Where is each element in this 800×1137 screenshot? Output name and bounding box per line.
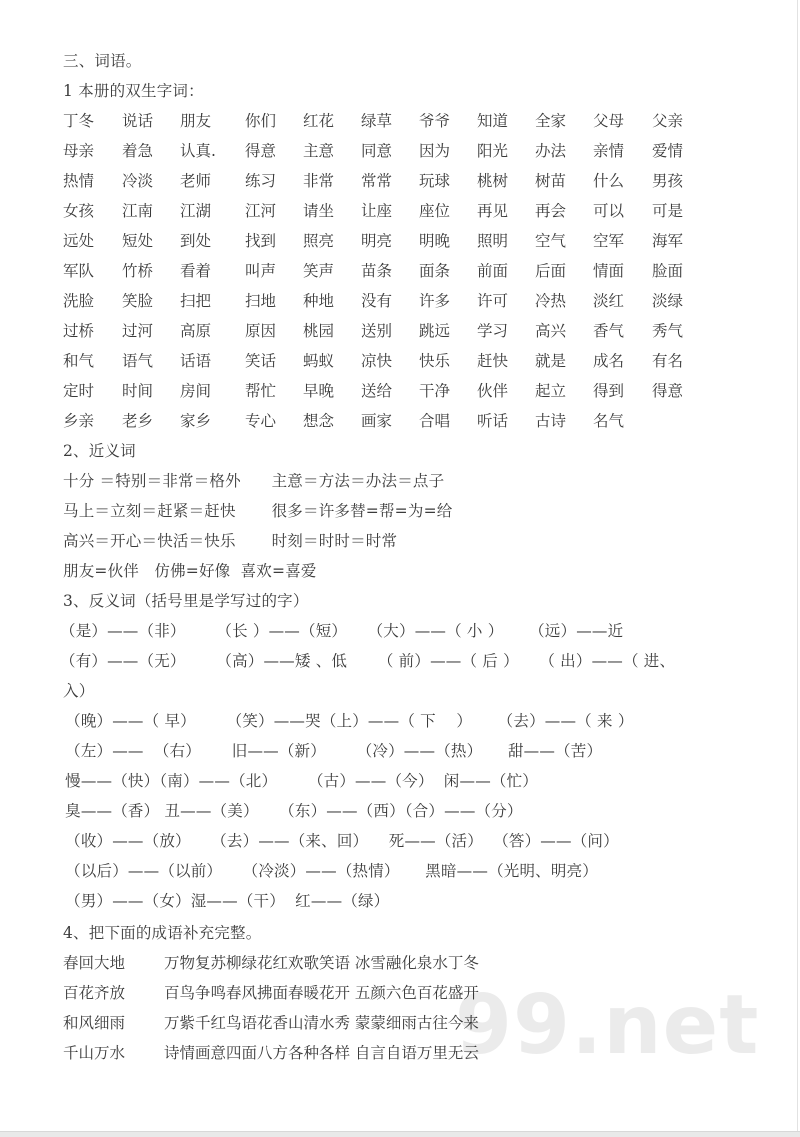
word-cell: 爱情: [652, 141, 683, 161]
word-cell: 说话: [122, 111, 153, 131]
word-row: 丁冬说话朋友你们红花绿草爷爷知道全家父母父亲: [0, 111, 800, 131]
word-cell: 朋友: [180, 111, 211, 131]
word-cell: 照亮: [303, 231, 334, 251]
word-cell: 亲情: [593, 141, 624, 161]
word-cell: 高兴: [535, 321, 566, 341]
word-cell: 秀气: [652, 321, 683, 341]
section-title: 三、词语。: [63, 51, 142, 71]
word-cell: 赶快: [477, 351, 508, 371]
word-cell: 种地: [303, 291, 334, 311]
word-cell: 听话: [477, 411, 508, 431]
word-cell: 再见: [477, 201, 508, 221]
word-cell: 老乡: [122, 411, 153, 431]
word-cell: 想念: [303, 411, 334, 431]
word-cell: 女孩: [63, 201, 94, 221]
word-cell: 名气: [593, 411, 624, 431]
word-cell: 桃树: [477, 171, 508, 191]
word-cell: 凉快: [361, 351, 392, 371]
word-cell: 江湖: [180, 201, 211, 221]
synonym-line: 马上＝立刻＝赶紧＝赶快 很多＝许多替=帮=为=给: [63, 501, 452, 521]
word-cell: 玩球: [419, 171, 450, 191]
word-cell: 认真.: [180, 141, 216, 161]
word-cell: 淡红: [593, 291, 624, 311]
word-cell: 得到: [593, 381, 624, 401]
word-cell: 非常: [303, 171, 334, 191]
word-cell: 着急: [122, 141, 153, 161]
antonym-line: （男）——（女）湿——（干） 红——（绿）: [60, 891, 389, 911]
word-cell: 就是: [535, 351, 566, 371]
word-cell: 定时: [63, 381, 94, 401]
idiom-head: 春回大地: [63, 953, 125, 973]
word-cell: 空军: [593, 231, 624, 251]
word-row: 洗脸笑脸扫把扫地种地没有许多许可冷热淡红淡绿: [0, 291, 800, 311]
word-cell: 爷爷: [419, 111, 450, 131]
word-cell: 和气: [63, 351, 94, 371]
word-cell: 学习: [477, 321, 508, 341]
word-cell: 脸面: [652, 261, 683, 281]
word-cell: 因为: [419, 141, 450, 161]
part2-heading: 2、近义词: [63, 441, 136, 461]
word-cell: 原因: [245, 321, 276, 341]
word-cell: 父亲: [652, 111, 683, 131]
word-cell: 面条: [419, 261, 450, 281]
word-cell: 桃园: [303, 321, 334, 341]
word-cell: 笑话: [245, 351, 276, 371]
word-cell: 蚂蚁: [303, 351, 334, 371]
antonym-line: 臭——（香） 丑——（美） （东）——（西）（合）——（分）: [60, 801, 523, 821]
word-row: 和气语气话语笑话蚂蚁凉快快乐赶快就是成名有名: [0, 351, 800, 371]
word-cell: 短处: [122, 231, 153, 251]
idiom-row: 春回大地 万物复苏柳绿花红欢歌笑语 冰雪融化泉水丁冬: [0, 953, 800, 973]
word-cell: 后面: [535, 261, 566, 281]
word-cell: 照明: [477, 231, 508, 251]
word-cell: 有名: [652, 351, 683, 371]
word-cell: 帮忙: [245, 381, 276, 401]
word-row: 女孩江南江湖江河请坐让座座位再见再会可以可是: [0, 201, 800, 221]
word-cell: 淡绿: [652, 291, 683, 311]
word-cell: 树苗: [535, 171, 566, 191]
word-cell: 同意: [361, 141, 392, 161]
page-bottom-edge: [0, 1131, 800, 1137]
word-row: 军队竹桥看着叫声笑声苗条面条前面后面情面脸面: [0, 261, 800, 281]
part3-heading: 3、反义词（括号里是学写过的字）: [63, 591, 309, 611]
word-cell: 全家: [535, 111, 566, 131]
word-row: 母亲着急认真.得意主意同意因为阳光办法亲情爱情: [0, 141, 800, 161]
word-cell: 扫把: [180, 291, 211, 311]
antonym-line: （是）——（非） （长 ）——（短） （大）——（ 小 ） （远）——近: [60, 621, 623, 641]
word-cell: 办法: [535, 141, 566, 161]
part4-heading: 4、把下面的成语补充完整。: [63, 923, 261, 943]
word-cell: 画家: [361, 411, 392, 431]
word-cell: 可以: [593, 201, 624, 221]
word-row: 远处短处到处找到照亮明亮明晚照明空气空军海军: [0, 231, 800, 251]
word-cell: 房间: [180, 381, 211, 401]
word-cell: 海军: [652, 231, 683, 251]
word-cell: 乡亲: [63, 411, 94, 431]
antonym-line: （以后）——（以前） （冷淡）——（热情） 黑暗——（光明、明亮）: [60, 861, 598, 881]
part1-heading: 1 本册的双生字词：: [63, 81, 204, 101]
word-cell: 座位: [419, 201, 450, 221]
word-cell: 找到: [245, 231, 276, 251]
word-cell: 冷热: [535, 291, 566, 311]
word-cell: 可是: [652, 201, 683, 221]
idiom-body: 百鸟争鸣春风拂面春暖花开 五颜六色百花盛开: [164, 983, 479, 1003]
word-cell: 前面: [477, 261, 508, 281]
idiom-row: 千山万水 诗情画意四面八方各种各样 自言自语万里无云: [0, 1043, 800, 1063]
word-cell: 让座: [361, 201, 392, 221]
idiom-head: 千山万水: [63, 1043, 125, 1063]
antonym-line: （有）——（无） （高）——矮 、低 （ 前）——（ 后 ） （ 出）——（ 进…: [60, 651, 675, 671]
synonym-line: 十分 ＝特别＝非常＝格外 主意＝方法＝办法＝点子: [63, 471, 444, 491]
word-cell: 笑声: [303, 261, 334, 281]
word-row: 定时时间房间帮忙早晚送给干净伙伴起立得到得意: [0, 381, 800, 401]
word-cell: 合唱: [419, 411, 450, 431]
word-cell: 干净: [419, 381, 450, 401]
word-row: 乡亲老乡家乡专心想念画家合唱听话古诗名气: [0, 411, 800, 431]
word-cell: 练习: [245, 171, 276, 191]
word-cell: 起立: [535, 381, 566, 401]
idiom-body: 万物复苏柳绿花红欢歌笑语 冰雪融化泉水丁冬: [164, 953, 479, 973]
word-cell: 明亮: [361, 231, 392, 251]
antonym-line: （收）——（放） （去）——（来、回） 死——（活） （答）——（问）: [60, 831, 619, 851]
word-cell: 高原: [180, 321, 211, 341]
word-cell: 丁冬: [63, 111, 94, 131]
word-cell: 许多: [419, 291, 450, 311]
idiom-body: 万紫千红鸟语花香山清水秀 蒙蒙细雨古往今来: [164, 1013, 479, 1033]
word-cell: 空气: [535, 231, 566, 251]
word-cell: 扫地: [245, 291, 276, 311]
word-cell: 再会: [535, 201, 566, 221]
word-cell: 老师: [180, 171, 211, 191]
word-row: 热情冷淡老师练习非常常常玩球桃树树苗什么男孩: [0, 171, 800, 191]
word-cell: 话语: [180, 351, 211, 371]
word-cell: 江河: [245, 201, 276, 221]
word-cell: 没有: [361, 291, 392, 311]
word-cell: 看着: [180, 261, 211, 281]
word-cell: 主意: [303, 141, 334, 161]
word-cell: 明晚: [419, 231, 450, 251]
word-cell: 请坐: [303, 201, 334, 221]
word-cell: 古诗: [535, 411, 566, 431]
idiom-head: 百花齐放: [63, 983, 125, 1003]
word-cell: 语气: [122, 351, 153, 371]
word-cell: 父母: [593, 111, 624, 131]
word-cell: 什么: [593, 171, 624, 191]
word-cell: 笑脸: [122, 291, 153, 311]
idiom-row: 百花齐放 百鸟争鸣春风拂面春暖花开 五颜六色百花盛开: [0, 983, 800, 1003]
word-cell: 家乡: [180, 411, 211, 431]
synonym-line: 朋友=伙伴 仿佛=好像 喜欢=喜爱: [63, 561, 317, 581]
document-page: 三、词语。 1 本册的双生字词： 丁冬说话朋友你们红花绿草爷爷知道全家父母父亲母…: [0, 0, 798, 1131]
antonym-line: （左）—— （右） 旧——（新） （冷）——（热） 甜——（苦）: [60, 741, 602, 761]
word-cell: 成名: [593, 351, 624, 371]
word-cell: 得意: [245, 141, 276, 161]
word-cell: 过桥: [63, 321, 94, 341]
idiom-row: 和风细雨 万紫千红鸟语花香山清水秀 蒙蒙细雨古往今来: [0, 1013, 800, 1033]
word-cell: 竹桥: [122, 261, 153, 281]
word-cell: 过河: [122, 321, 153, 341]
word-cell: 得意: [652, 381, 683, 401]
word-cell: 江南: [122, 201, 153, 221]
word-cell: 苗条: [361, 261, 392, 281]
word-cell: 跳远: [419, 321, 450, 341]
idiom-body: 诗情画意四面八方各种各样 自言自语万里无云: [164, 1043, 479, 1063]
word-cell: 男孩: [652, 171, 683, 191]
antonym-line: （晚）——（ 早） （笑）——哭（上）——（ 下 ） （去）——（ 来 ）: [60, 711, 634, 731]
word-cell: 热情: [63, 171, 94, 191]
word-cell: 许可: [477, 291, 508, 311]
word-cell: 阳光: [477, 141, 508, 161]
synonym-line: 高兴＝开心＝快活＝快乐 时刻＝时时＝时常: [63, 531, 397, 551]
word-cell: 母亲: [63, 141, 94, 161]
word-cell: 知道: [477, 111, 508, 131]
word-cell: 冷淡: [122, 171, 153, 191]
word-cell: 快乐: [419, 351, 450, 371]
word-cell: 红花: [303, 111, 334, 131]
word-cell: 到处: [180, 231, 211, 251]
word-cell: 早晚: [303, 381, 334, 401]
word-cell: 绿草: [361, 111, 392, 131]
word-cell: 情面: [593, 261, 624, 281]
word-cell: 时间: [122, 381, 153, 401]
word-cell: 洗脸: [63, 291, 94, 311]
word-cell: 军队: [63, 261, 94, 281]
word-cell: 香气: [593, 321, 624, 341]
antonym-line: 慢——（快）（南）——（北） （古）——（今） 闲——（忙）: [60, 771, 538, 791]
antonym-line: 入）: [63, 681, 94, 701]
word-cell: 远处: [63, 231, 94, 251]
word-cell: 送别: [361, 321, 392, 341]
word-cell: 专心: [245, 411, 276, 431]
word-cell: 伙伴: [477, 381, 508, 401]
word-cell: 你们: [245, 111, 276, 131]
word-cell: 叫声: [245, 261, 276, 281]
word-cell: 常常: [361, 171, 392, 191]
word-cell: 送给: [361, 381, 392, 401]
idiom-head: 和风细雨: [63, 1013, 125, 1033]
word-row: 过桥过河高原原因桃园送别跳远学习高兴香气秀气: [0, 321, 800, 341]
